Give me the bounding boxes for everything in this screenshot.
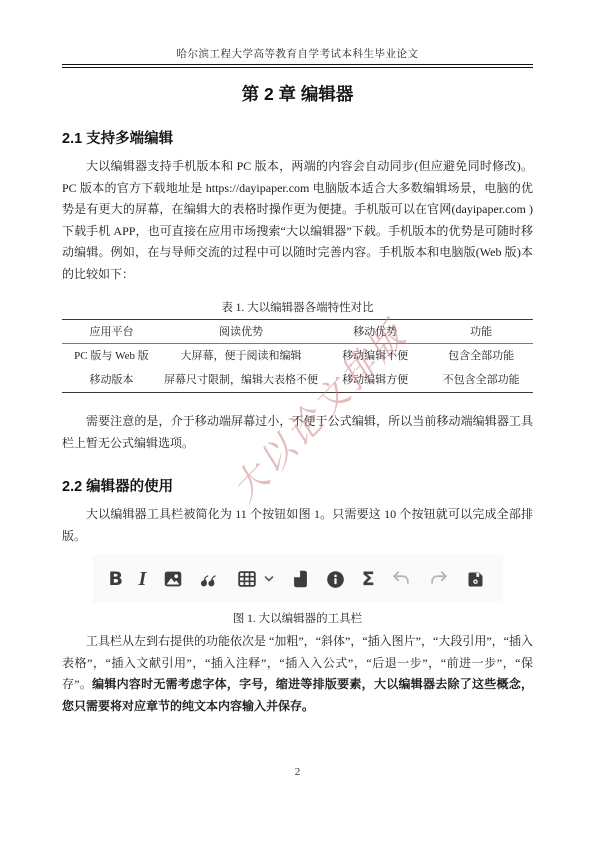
paragraph-toolbar-functions: 工具栏从左到右提供的功能依次是 “加粗”，“斜体”，“插入图片”，“大段引用”，… xyxy=(62,631,533,717)
paragraph-multi-device: 大以编辑器支持手机版本和 PC 版本，两端的内容会自动同步(但应避免同时修改)。… xyxy=(62,156,533,285)
table-row: 移动版本 屏幕尺寸限制，编辑大表格不便 移动编辑方便 不包含全部功能 xyxy=(62,368,533,393)
bold-icon: B xyxy=(109,567,123,591)
table-cell: 不包含全部功能 xyxy=(429,368,533,393)
chapter-title: 第 2 章 编辑器 xyxy=(62,81,533,106)
toolbar-screenshot-figure: B I xyxy=(93,555,503,603)
table-cell: 包含全部功能 xyxy=(429,344,533,369)
table-header-mobility: 移动优势 xyxy=(321,320,429,344)
header-rule-thin xyxy=(62,67,533,68)
document-page: 哈尔滨工程大学高等教育自学考试本科生毕业论文 第 2 章 编辑器 2.1 支持多… xyxy=(0,0,595,842)
blockquote-icon xyxy=(199,567,220,591)
table-header-function: 功能 xyxy=(429,320,533,344)
insert-citation-icon xyxy=(291,567,310,591)
paragraph-bold-run: 编辑内容时无需考虑字体，字号，缩进等排版要素，大以编辑器去除了这些概念，您只需要… xyxy=(62,677,533,713)
table-header-platform: 应用平台 xyxy=(62,320,161,344)
header-rule-thick xyxy=(62,64,533,65)
undo-icon xyxy=(390,567,412,591)
table-cell: 屏幕尺寸限制，编辑大表格不便 xyxy=(161,368,321,393)
italic-icon: I xyxy=(139,567,147,591)
insert-table-icon xyxy=(236,567,258,591)
insert-formula-sigma-icon: Σ xyxy=(362,567,375,591)
insert-note-info-icon xyxy=(325,567,346,591)
section-heading-2-2: 2.2 编辑器的使用 xyxy=(62,475,533,496)
figure-caption: 图 1. 大以编辑器的工具栏 xyxy=(62,610,533,626)
table-cell: 大屏幕，便于阅读和编辑 xyxy=(161,344,321,369)
table-cell: 移动编辑方便 xyxy=(321,368,429,393)
paragraph-formula-note: 需要注意的是，介于移动端屏幕过小，不便于公式编辑，所以当前移动端编辑器工具栏上暂… xyxy=(62,411,533,454)
comparison-table: 应用平台 阅读优势 移动优势 功能 PC 版与 Web 版 大屏幕，便于阅读和编… xyxy=(62,319,533,393)
save-icon xyxy=(465,567,486,591)
page-number: 2 xyxy=(0,766,595,778)
running-header: 哈尔滨工程大学高等教育自学考试本科生毕业论文 xyxy=(62,46,533,61)
table-dropdown-chevron-icon xyxy=(263,567,275,591)
table-header-reading: 阅读优势 xyxy=(161,320,321,344)
table-caption: 表 1. 大以编辑器各端特性对比 xyxy=(62,299,533,315)
table-cell: 移动版本 xyxy=(62,368,161,393)
insert-table-group xyxy=(236,567,275,591)
redo-icon xyxy=(428,567,450,591)
section-heading-2-1: 2.1 支持多端编辑 xyxy=(62,127,533,148)
table-header-row: 应用平台 阅读优势 移动优势 功能 xyxy=(62,320,533,344)
table-cell: PC 版与 Web 版 xyxy=(62,344,161,369)
table-cell: 移动编辑不便 xyxy=(321,344,429,369)
paragraph-toolbar-intro: 大以编辑器工具栏被简化为 11 个按钮如图 1。只需要这 10 个按钮就可以完成… xyxy=(62,504,533,547)
table-row: PC 版与 Web 版 大屏幕，便于阅读和编辑 移动编辑不便 包含全部功能 xyxy=(62,344,533,369)
insert-image-icon xyxy=(162,567,184,591)
